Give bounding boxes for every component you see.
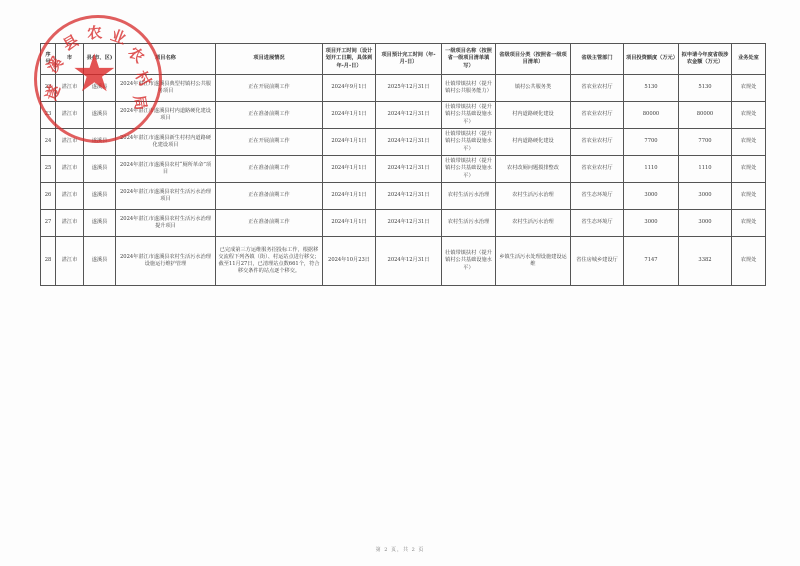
office-cell: 农规处 bbox=[732, 102, 766, 129]
header-end-date: 项目预计完工时间（年-月-日） bbox=[376, 44, 442, 75]
apply-amount-cell: 3382 bbox=[679, 237, 732, 286]
progress-cell: 正在准备前期工作 bbox=[216, 183, 323, 210]
start-date-cell: 2024年1月1日 bbox=[323, 102, 376, 129]
project-name-cell: 2024年湛江市遂溪县农村生活污水治理项目 bbox=[116, 183, 216, 210]
table-header-row: 序号 市 县(市、区) 项目名称 项目进展情况 项目开工时间（设计划开工日期，具… bbox=[41, 44, 766, 75]
start-date-cell: 2024年9月1日 bbox=[323, 75, 376, 102]
county-cell: 遂溪县 bbox=[84, 237, 116, 286]
department-cell: 省农业农村厅 bbox=[571, 102, 624, 129]
progress-cell: 正在准备前期工作 bbox=[216, 102, 323, 129]
row-number: 22 bbox=[41, 75, 56, 102]
header-no: 序号 bbox=[41, 44, 56, 75]
end-date-cell: 2024年12月31日 bbox=[376, 183, 442, 210]
page-number: 第 2 页，共 2 页 bbox=[0, 546, 800, 553]
table-row: 24湛江市遂溪县2024年湛江市遂溪县新生村村内道路硬化建设项目正在开展前期工作… bbox=[41, 129, 766, 156]
table-row: 25湛江市遂溪县2024年湛江市遂溪县农村“厕所革命”项目正在准备前期工作202… bbox=[41, 156, 766, 183]
header-level1-name: 一级项目名称（按照省一级项目清单填写） bbox=[442, 44, 496, 75]
department-cell: 省住房城乡建设厅 bbox=[571, 237, 624, 286]
city-cell: 湛江市 bbox=[56, 129, 84, 156]
document-page: 序号 市 县(市、区) 项目名称 项目进展情况 项目开工时间（设计划开工日期，具… bbox=[0, 0, 800, 566]
header-start-date: 项目开工时间（设计划开工日期，具体到年-月-日） bbox=[323, 44, 376, 75]
progress-cell: 正在准备前期工作 bbox=[216, 210, 323, 237]
office-cell: 农规处 bbox=[732, 210, 766, 237]
project-name-cell: 2024年湛江市遂溪县村内道路硬化建设项目 bbox=[116, 102, 216, 129]
level1-name-cell: 农村生活污水治理 bbox=[442, 183, 496, 210]
end-date-cell: 2025年12月31日 bbox=[376, 75, 442, 102]
row-number: 27 bbox=[41, 210, 56, 237]
investment-cell: 7700 bbox=[624, 129, 679, 156]
category-cell: 农村生活污水治理 bbox=[496, 210, 571, 237]
header-city: 市 bbox=[56, 44, 84, 75]
city-cell: 湛江市 bbox=[56, 183, 84, 210]
department-cell: 省生态环境厅 bbox=[571, 183, 624, 210]
table-row: 28湛江市遂溪县2024年湛江市遂溪县农村生活污水治理设施运行维护管理已完成第三… bbox=[41, 237, 766, 286]
level1-name-cell: 壮镇带镇扶村（提升镇村公共基础设施水平） bbox=[442, 237, 496, 286]
level1-name-cell: 壮镇带镇扶村（提升镇村公共基础设施水平） bbox=[442, 129, 496, 156]
table-row: 26湛江市遂溪县2024年湛江市遂溪县农村生活污水治理项目正在准备前期工作202… bbox=[41, 183, 766, 210]
table-row: 27湛江市遂溪县2024年湛江市遂溪县农村生活污水治理提升项目正在准备前期工作2… bbox=[41, 210, 766, 237]
county-cell: 遂溪县 bbox=[84, 183, 116, 210]
office-cell: 农规处 bbox=[732, 156, 766, 183]
category-cell: 村内道路硬化建设 bbox=[496, 129, 571, 156]
project-name-cell: 2024年湛江市遂溪县新生村村内道路硬化建设项目 bbox=[116, 129, 216, 156]
office-cell: 农规处 bbox=[732, 129, 766, 156]
category-cell: 农村改厕问题摸排整改 bbox=[496, 156, 571, 183]
apply-amount-cell: 5130 bbox=[679, 75, 732, 102]
level1-name-cell: 壮镇带镇扶村（提升镇村公共服务能力） bbox=[442, 75, 496, 102]
end-date-cell: 2024年12月31日 bbox=[376, 102, 442, 129]
start-date-cell: 2024年1月1日 bbox=[323, 183, 376, 210]
city-cell: 湛江市 bbox=[56, 102, 84, 129]
level1-name-cell: 壮镇带镇扶村（提升镇村公共基础设施水平） bbox=[442, 102, 496, 129]
city-cell: 湛江市 bbox=[56, 75, 84, 102]
row-number: 26 bbox=[41, 183, 56, 210]
header-project-name: 项目名称 bbox=[116, 44, 216, 75]
project-name-cell: 2024年湛江市遂溪县农村生活污水治理设施运行维护管理 bbox=[116, 237, 216, 286]
category-cell: 镇村公共服务类 bbox=[496, 75, 571, 102]
apply-amount-cell: 80000 bbox=[679, 102, 732, 129]
category-cell: 乡镇生活污水处理设施建设运维 bbox=[496, 237, 571, 286]
city-cell: 湛江市 bbox=[56, 237, 84, 286]
category-cell: 村内道路硬化建设 bbox=[496, 102, 571, 129]
investment-cell: 3000 bbox=[624, 210, 679, 237]
department-cell: 省农业农村厅 bbox=[571, 129, 624, 156]
investment-cell: 7147 bbox=[624, 237, 679, 286]
header-office: 业务处室 bbox=[732, 44, 766, 75]
county-cell: 遂溪县 bbox=[84, 210, 116, 237]
level1-name-cell: 农村生活污水治理 bbox=[442, 210, 496, 237]
header-department: 省级主管部门 bbox=[571, 44, 624, 75]
start-date-cell: 2024年1月1日 bbox=[323, 156, 376, 183]
header-apply-amount: 拟申请今年度省级涉农金额（万元） bbox=[679, 44, 732, 75]
investment-cell: 5130 bbox=[624, 75, 679, 102]
header-category: 省级项目分类（按照省一级项目清单） bbox=[496, 44, 571, 75]
project-table: 序号 市 县(市、区) 项目名称 项目进展情况 项目开工时间（设计划开工日期，具… bbox=[40, 43, 766, 286]
project-name-cell: 2024年湛江市遂溪县典型村镇村公共服务项目 bbox=[116, 75, 216, 102]
project-name-cell: 2024年湛江市遂溪县农村生活污水治理提升项目 bbox=[116, 210, 216, 237]
city-cell: 湛江市 bbox=[56, 156, 84, 183]
apply-amount-cell: 7700 bbox=[679, 129, 732, 156]
end-date-cell: 2024年12月31日 bbox=[376, 210, 442, 237]
project-name-cell: 2024年湛江市遂溪县农村“厕所革命”项目 bbox=[116, 156, 216, 183]
county-cell: 遂溪县 bbox=[84, 102, 116, 129]
investment-cell: 3000 bbox=[624, 183, 679, 210]
end-date-cell: 2024年12月31日 bbox=[376, 129, 442, 156]
header-investment: 项目投资额度（万元） bbox=[624, 44, 679, 75]
start-date-cell: 2024年1月1日 bbox=[323, 129, 376, 156]
investment-cell: 1110 bbox=[624, 156, 679, 183]
level1-name-cell: 壮镇带镇扶村（提升镇村公共基础设施水平） bbox=[442, 156, 496, 183]
progress-cell: 正在准备前期工作 bbox=[216, 156, 323, 183]
row-number: 28 bbox=[41, 237, 56, 286]
row-number: 24 bbox=[41, 129, 56, 156]
office-cell: 农规处 bbox=[732, 75, 766, 102]
table-row: 22湛江市遂溪县2024年湛江市遂溪县典型村镇村公共服务项目正在开展前期工作20… bbox=[41, 75, 766, 102]
apply-amount-cell: 3000 bbox=[679, 183, 732, 210]
county-cell: 遂溪县 bbox=[84, 129, 116, 156]
county-cell: 遂溪县 bbox=[84, 75, 116, 102]
start-date-cell: 2024年1月1日 bbox=[323, 210, 376, 237]
apply-amount-cell: 3000 bbox=[679, 210, 732, 237]
start-date-cell: 2024年10月23日 bbox=[323, 237, 376, 286]
header-county: 县(市、区) bbox=[84, 44, 116, 75]
apply-amount-cell: 1110 bbox=[679, 156, 732, 183]
office-cell: 农规处 bbox=[732, 183, 766, 210]
row-number: 23 bbox=[41, 102, 56, 129]
county-cell: 遂溪县 bbox=[84, 156, 116, 183]
investment-cell: 80000 bbox=[624, 102, 679, 129]
end-date-cell: 2024年12月31日 bbox=[376, 237, 442, 286]
progress-cell: 正在开展前期工作 bbox=[216, 129, 323, 156]
table-row: 23湛江市遂溪县2024年湛江市遂溪县村内道路硬化建设项目正在准备前期工作202… bbox=[41, 102, 766, 129]
header-progress: 项目进展情况 bbox=[216, 44, 323, 75]
department-cell: 省农业农村厅 bbox=[571, 75, 624, 102]
end-date-cell: 2024年12月31日 bbox=[376, 156, 442, 183]
category-cell: 农村生活污水治理 bbox=[496, 183, 571, 210]
row-number: 25 bbox=[41, 156, 56, 183]
department-cell: 省农业农村厅 bbox=[571, 156, 624, 183]
progress-cell: 正在开展前期工作 bbox=[216, 75, 323, 102]
progress-cell: 已完成第三方运维服务招投标工作，根据移交流程下列各镇（街）、村运站点进行移交；截… bbox=[216, 237, 323, 286]
office-cell: 农规处 bbox=[732, 237, 766, 286]
city-cell: 湛江市 bbox=[56, 210, 84, 237]
stamp-char: 农 bbox=[86, 21, 103, 43]
department-cell: 省生态环境厅 bbox=[571, 210, 624, 237]
